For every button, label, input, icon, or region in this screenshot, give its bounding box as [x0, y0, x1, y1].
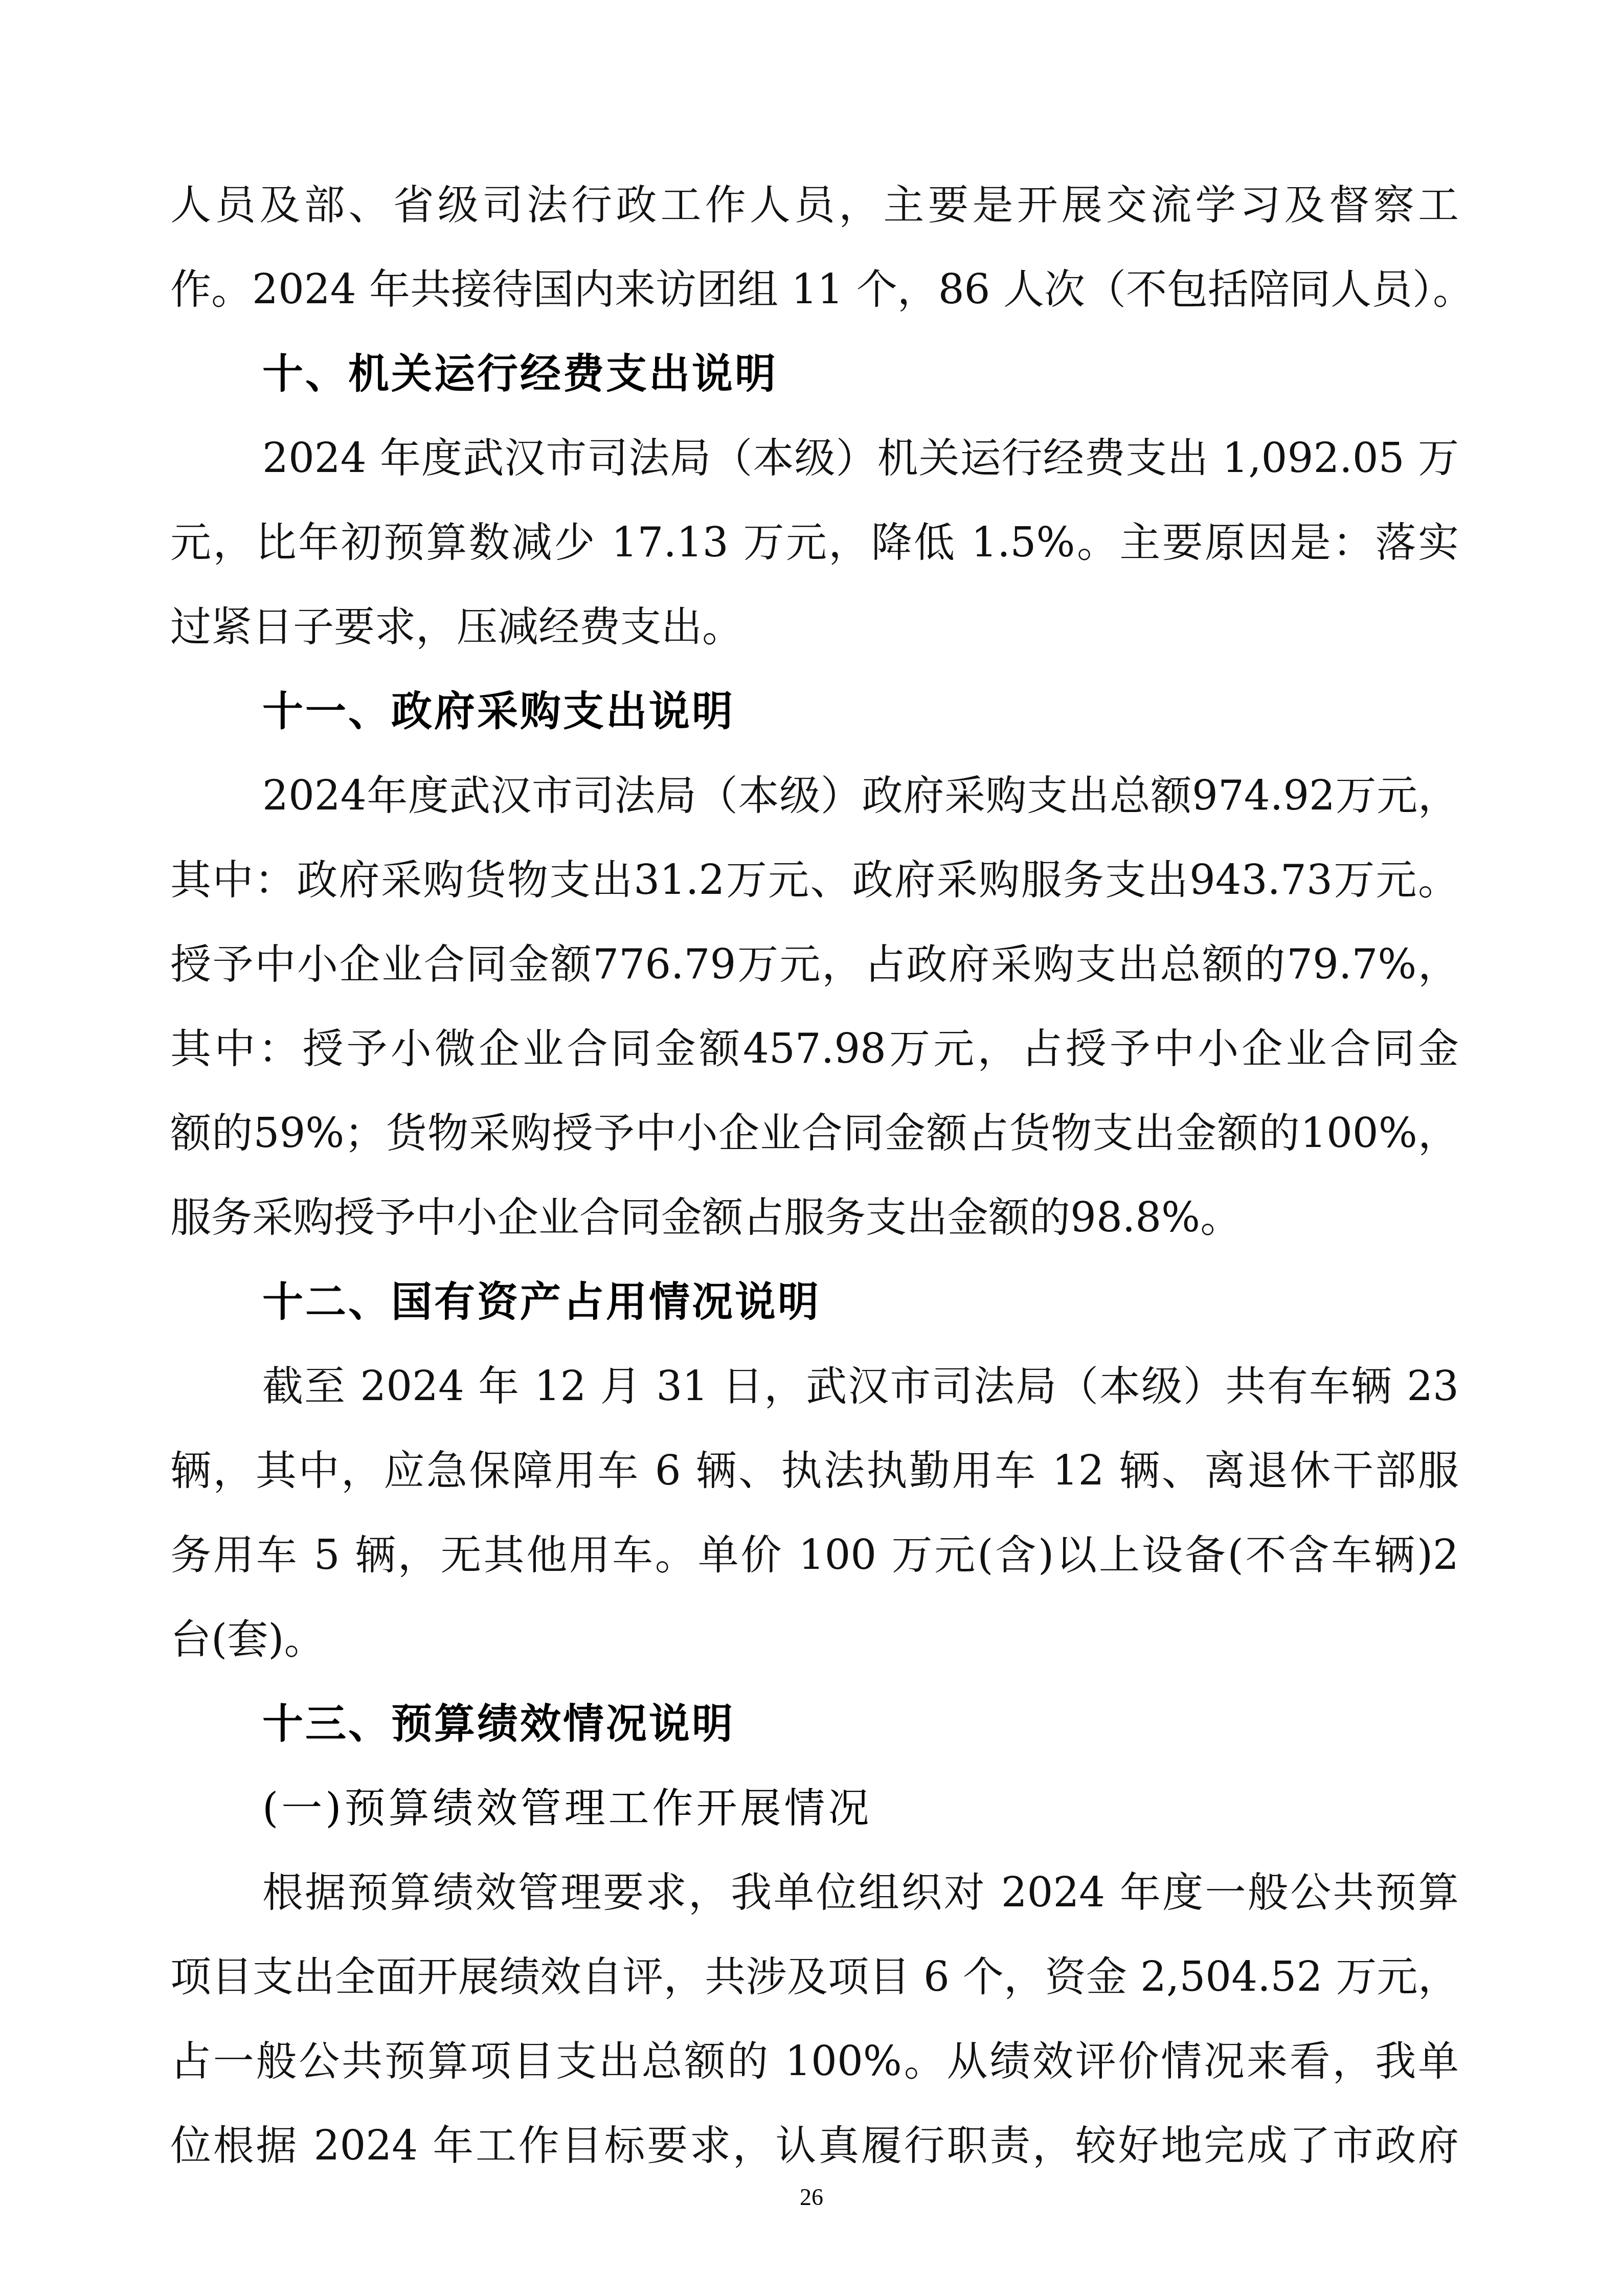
page-number: 26 [0, 2184, 1623, 2211]
body-text-line: 作。2024 年共接待国内来访团组 11 个，86 人次（不包括陪同人员）。 [170, 247, 1459, 331]
body-text-line: 位根据 2024 年工作目标要求，认真履行职责，较好地完成了市政府 [170, 2103, 1459, 2188]
subsection-heading: (一)预算绩效管理工作开展情况 [170, 1766, 1459, 1850]
body-text-line: 授予中小企业合同金额776.79万元，占政府采购支出总额的79.7%， [170, 922, 1459, 1006]
body-text-line: 服务采购授予中小企业合同金额占服务支出金额的98.8%。 [170, 1175, 1459, 1259]
body-text-line: 截至 2024 年 12 月 31 日，武汉市司法局（本级）共有车辆 23 [170, 1344, 1459, 1428]
body-text-line: 务用车 5 辆，无其他用车。单价 100 万元(含)以上设备(不含车辆)2 [170, 1513, 1459, 1597]
body-text-line: 2024年度武汉市司法局（本级）政府采购支出总额974.92万元， [170, 753, 1459, 838]
document-page: 人员及部、省级司法行政工作人员，主要是开展交流学习及督察工 作。2024 年共接… [0, 0, 1623, 2296]
body-text-line: 额的59%；货物采购授予中小企业合同金额占货物支出金额的100%， [170, 1091, 1459, 1175]
body-text-line: 过紧日子要求，压减经费支出。 [170, 584, 1459, 669]
section-heading-12: 十二、国有资产占用情况说明 [170, 1259, 1459, 1344]
body-text-line: 元，比年初预算数减少 17.13 万元，降低 1.5%。主要原因是：落实 [170, 500, 1459, 584]
document-body: 人员及部、省级司法行政工作人员，主要是开展交流学习及督察工 作。2024 年共接… [170, 163, 1459, 2188]
body-text-line: 其中：授予小微企业合同金额457.98万元，占授予中小企业合同金 [170, 1006, 1459, 1091]
body-text-line: 辆，其中，应急保障用车 6 辆、执法执勤用车 12 辆、离退休干部服 [170, 1428, 1459, 1513]
body-text-line: 2024 年度武汉市司法局（本级）机关运行经费支出 1,092.05 万 [170, 416, 1459, 500]
body-text-line: 人员及部、省级司法行政工作人员，主要是开展交流学习及督察工 [170, 163, 1459, 247]
body-text-line: 其中：政府采购货物支出31.2万元、政府采购服务支出943.73万元。 [170, 838, 1459, 922]
body-text-line: 台(套)。 [170, 1597, 1459, 1681]
section-heading-13: 十三、预算绩效情况说明 [170, 1681, 1459, 1766]
body-text-line: 项目支出全面开展绩效自评，共涉及项目 6 个，资金 2,504.52 万元， [170, 1934, 1459, 2019]
body-text-line: 占一般公共预算项目支出总额的 100%。从绩效评价情况来看，我单 [170, 2019, 1459, 2103]
section-heading-10: 十、机关运行经费支出说明 [170, 331, 1459, 416]
body-text-line: 根据预算绩效管理要求，我单位组织对 2024 年度一般公共预算 [170, 1850, 1459, 1934]
section-heading-11: 十一、政府采购支出说明 [170, 669, 1459, 753]
